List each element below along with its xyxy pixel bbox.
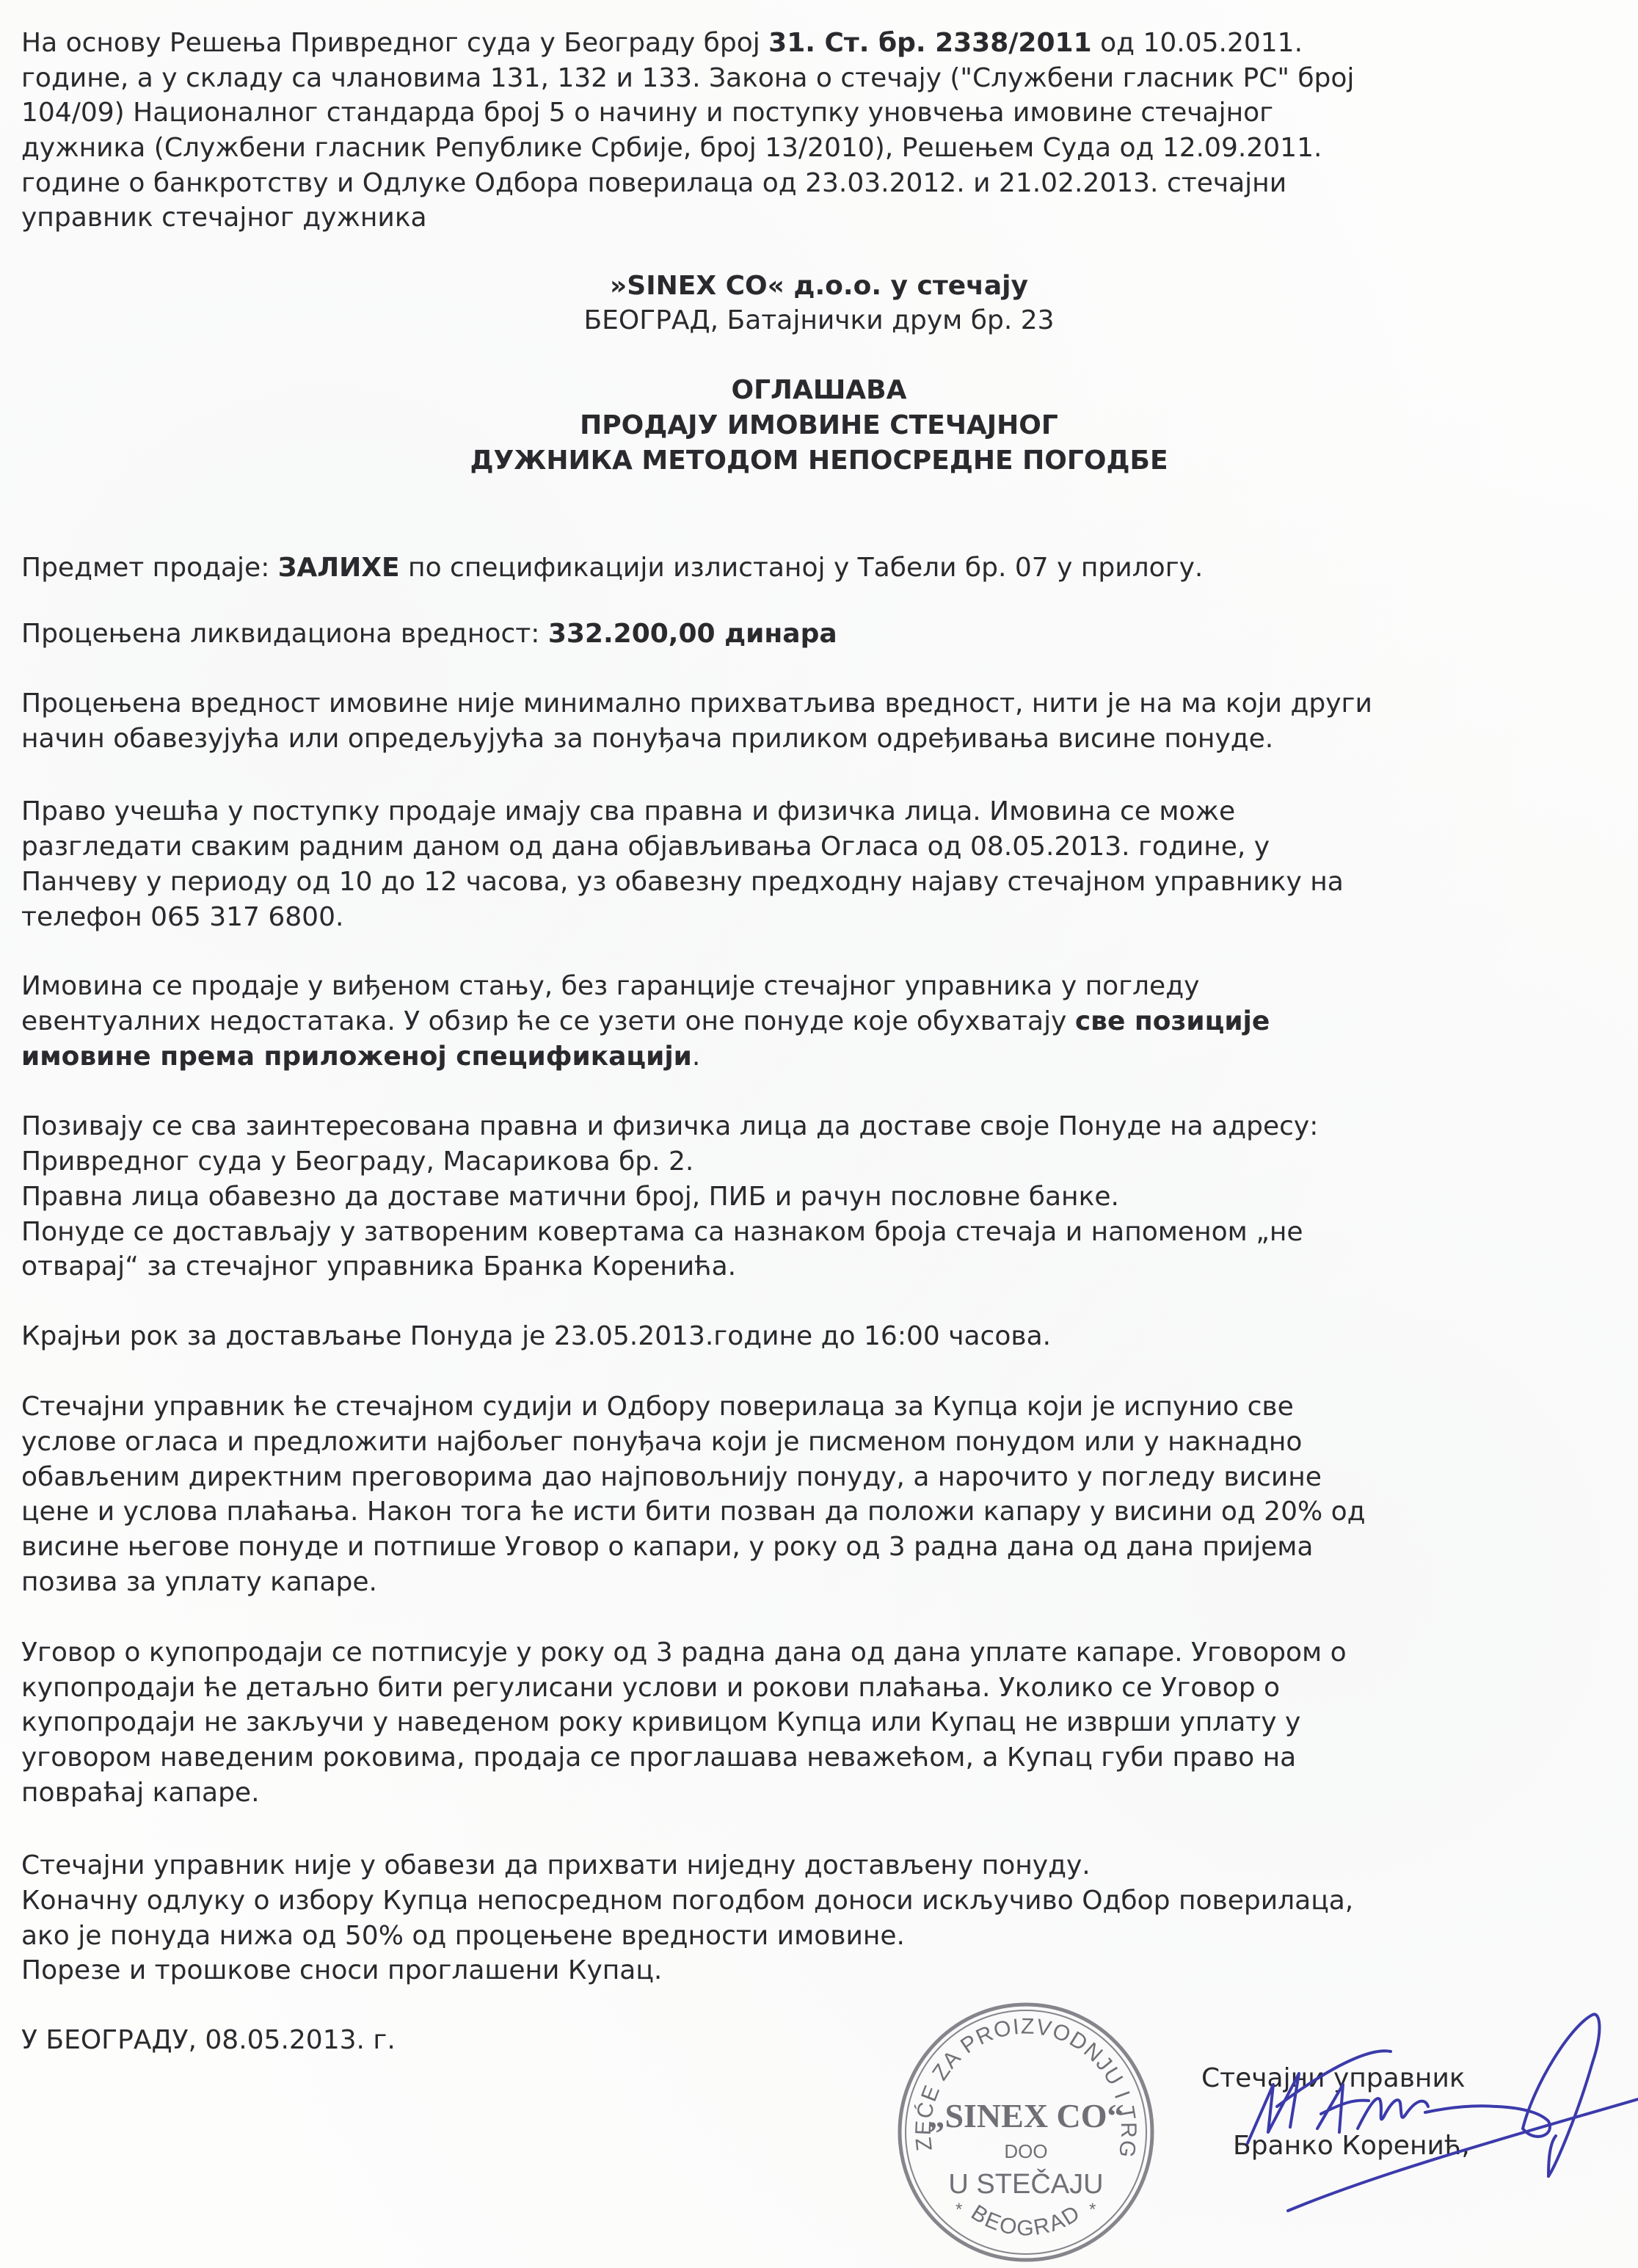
- invitation-line-3: Правна лица обавезно да доставе матични …: [21, 1180, 1119, 1215]
- text: по спецификацији излистаној у Табели бр.…: [400, 553, 1204, 583]
- stamp-outer-text: PREDUZEĆE ZA PROIZVODNJU I TRGOVINU: [897, 2002, 1140, 2160]
- final-line-2: Коначну одлуку о избору Купца непосредно…: [21, 1883, 1353, 1919]
- stamp-star-left: *: [955, 2200, 962, 2220]
- place-date: У БЕОГРАДУ, 08.05.2013. г.: [21, 2023, 396, 2058]
- stamp-bottom-text: BEOGRAD: [967, 2200, 1085, 2240]
- selection-line-4: цене и услова плаћања. Након тога ће ист…: [21, 1494, 1366, 1530]
- participation-line-4: телефон 065 317 6800.: [21, 900, 343, 935]
- invitation-line-1: Позивају се сва заинтересована правна и …: [21, 1109, 1318, 1144]
- intro-line-4: дужника (Службени гласник Републике Срби…: [21, 131, 1322, 166]
- stamp-star-right: *: [1089, 2200, 1096, 2220]
- svg-text:PREDUZEĆE ZA PROIZVODNJU I TRG: PREDUZEĆE ZA PROIZVODNJU I TRGOVINU: [897, 2002, 1140, 2160]
- invitation-line-4: Понуде се достављају у затвореним коверт…: [21, 1215, 1303, 1250]
- invitation-line-2: Привредног суда у Београду, Масарикова б…: [21, 1144, 694, 1180]
- invitation-line-5: отварај“ за стечајног управника Бранка К…: [21, 1249, 736, 1284]
- text: евентуалних недостатака. У обзир ће се у…: [21, 1006, 1075, 1036]
- company-name: »SINEX CO« д.о.о. у стечају: [0, 269, 1638, 304]
- sale-subject: Предмет продаје: ЗАЛИХЕ по спецификацији…: [21, 550, 1203, 586]
- subject-item: ЗАЛИХЕ: [278, 553, 400, 583]
- deadline: Крајњи рок за достављање Понуда је 23.05…: [21, 1319, 1051, 1354]
- final-line-3: ако је понуда нижа од 50% од процењене в…: [21, 1919, 905, 1954]
- text: Предмет продаје:: [21, 553, 278, 583]
- heading-line-1: ОГЛАШАВА: [0, 373, 1638, 408]
- stamp-center-name: „SINEX CO“: [928, 2097, 1124, 2134]
- selection-line-6: позива за уплату капаре.: [21, 1565, 377, 1600]
- stamp-center-type: DOO: [1004, 2140, 1047, 2162]
- value-note-line-1: Процењена вредност имовине није минималн…: [21, 686, 1372, 722]
- contract-line-4: уговором наведеним роковима, продаја се …: [21, 1740, 1296, 1775]
- case-number: 31. Ст. бр. 2338/2011: [768, 28, 1091, 58]
- text: На основу Решења Привредног суда у Беогр…: [21, 28, 768, 58]
- condition-line-1: Имовина се продаје у виђеном стању, без …: [21, 969, 1199, 1004]
- selection-line-5: висине његове понуде и потпише Уговор о …: [21, 1530, 1313, 1565]
- intro-line-1: На основу Решења Привредног суда у Беогр…: [21, 26, 1303, 61]
- participation-line-2: разгледати сваким радним даном од дана о…: [21, 829, 1270, 865]
- intro-line-5: године о банкротству и Одлуке Одбора пов…: [21, 166, 1286, 201]
- value-note-line-2: начин обавезујућа или опредељујућа за по…: [21, 722, 1273, 757]
- intro-line-2: године, а у складу са члановима 131, 132…: [21, 61, 1354, 96]
- scanned-document-page: На основу Решења Привредног суда у Беогр…: [0, 0, 1638, 2268]
- emphasis: имовине према приложеној спецификацији: [21, 1042, 692, 1072]
- participation-line-3: Панчеву у периоду од 10 до 12 часова, уз…: [21, 865, 1344, 900]
- heading-line-2: ПРОДАЈУ ИМОВИНЕ СТЕЧАЈНОГ: [0, 408, 1638, 443]
- text: .: [692, 1042, 700, 1072]
- contract-line-1: Уговор о купопродаји се потписује у року…: [21, 1635, 1347, 1671]
- selection-line-3: обављеним директним преговорима дао најп…: [21, 1460, 1322, 1495]
- participation-line-1: Право учешћа у поступку продаје имају св…: [21, 794, 1235, 829]
- emphasis: све позиције: [1075, 1006, 1270, 1036]
- final-line-4: Порезе и трошкове сноси проглашени Купац…: [21, 1953, 662, 1988]
- contract-line-3: купопродаји не закључи у наведеном року …: [21, 1705, 1300, 1740]
- stamp-center-status: U STEČAJU: [948, 2167, 1103, 2200]
- heading-line-3: ДУЖНИКА МЕТОДОМ НЕПОСРЕДНЕ ПОГОДБЕ: [0, 443, 1638, 479]
- company-stamp: PREDUZEĆE ZA PROIZVODNJU I TRGOVINU BEOG…: [897, 2002, 1155, 2262]
- contract-line-5: повраћај капаре.: [21, 1775, 260, 1811]
- liquidation-value: Процењена ликвидациона вредност: 332.200…: [21, 617, 837, 652]
- selection-line-2: услове огласа и предложити најбољег пону…: [21, 1425, 1302, 1460]
- intro-line-3: 104/09) Националног стандарда број 5 о н…: [21, 95, 1273, 131]
- value-amount: 332.200,00 динара: [548, 619, 837, 649]
- text: од 10.05.2011.: [1092, 28, 1303, 58]
- handwritten-signature: [1233, 1996, 1638, 2217]
- svg-text:BEOGRAD: BEOGRAD: [967, 2200, 1085, 2240]
- condition-line-3: имовине према приложеној спецификацији.: [21, 1039, 700, 1075]
- intro-line-6: управник стечајног дужника: [21, 200, 427, 236]
- selection-line-1: Стечајни управник ће стечајном судији и …: [21, 1389, 1294, 1425]
- condition-line-2: евентуалних недостатака. У обзир ће се у…: [21, 1004, 1270, 1039]
- final-line-1: Стечајни управник није у обавези да прих…: [21, 1848, 1091, 1883]
- contract-line-2: купопродаји ће детаљно бити регулисани у…: [21, 1671, 1280, 1706]
- company-address: БЕОГРАД, Батајнички друм бр. 23: [0, 303, 1638, 338]
- text: Процењена ликвидациона вредност:: [21, 619, 548, 649]
